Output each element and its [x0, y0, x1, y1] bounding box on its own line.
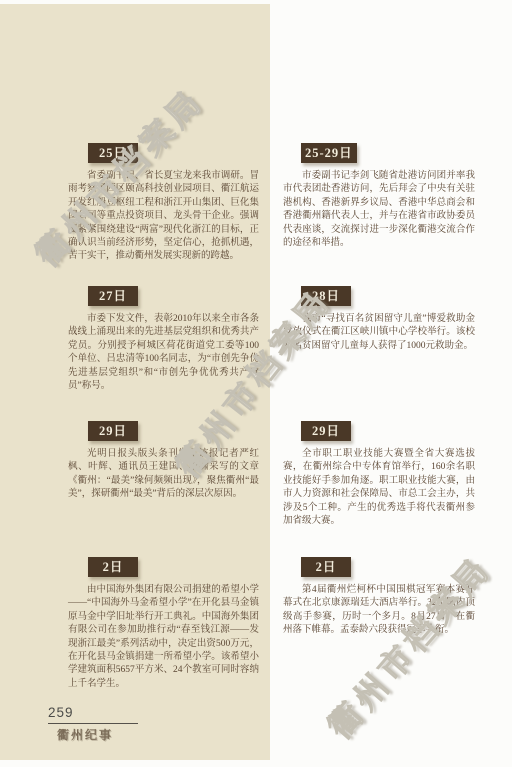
entry-text: 由中国海外集团有限公司捐建的希望小学——“中国海外马金希望小学”在开化县马金镇原… — [68, 584, 259, 691]
entry-left-27: 27日 市委下发文件，表彰2010年以来全市各条战线上涌现出来的先进基层党组织和… — [68, 286, 259, 393]
date-badge: 29日 — [301, 421, 351, 441]
entry-right-2: 2日 第4届衢州烂柯杯中国围棋冠军赛本赛开幕式在北京康源瑞廷大酒店举行。32位国… — [283, 557, 475, 638]
date-badge: 27日 — [88, 286, 138, 306]
book-title: 衢州纪事 — [57, 726, 113, 743]
entry-right-29: 29日 全市职工职业技能大赛暨全省大赛选拔赛，在衢州综合中专体育馆举行，160余… — [283, 421, 475, 528]
date-badge: 28日 — [301, 286, 351, 306]
entry-text: 光明日报头版头条刊发了该报记者严红枫、叶辉、通讯员王建国、李啸采写的文章《衢州：… — [68, 448, 259, 502]
entry-text: 我市“寻找百名贫困留守儿童”博爱救助金发放仪式在衢江区峡川镇中心学校举行。该校2… — [283, 313, 475, 353]
date-badge: 29日 — [88, 421, 138, 441]
date-badge: 2日 — [301, 557, 351, 577]
footer-rule — [48, 723, 138, 724]
date-badge: 25-29日 — [301, 143, 357, 163]
date-badge: 2日 — [88, 557, 138, 577]
entry-text: 市委副书记李剑飞随省赴港访问团并率我市代表团赴香港访问，先后拜会了中央有关驻港机… — [283, 170, 475, 250]
entry-left-2: 2日 由中国海外集团有限公司捐建的希望小学——“中国海外马金希望小学”在开化县马… — [68, 557, 259, 691]
entry-text: 第4届衢州烂柯杯中国围棋冠军赛本赛开幕式在北京康源瑞廷大酒店举行。32位国内顶级… — [283, 584, 475, 638]
entry-left-25: 25日 省委副书记、省长夏宝龙来我市调研。冒雨考察了西区颐高科技创业园项目、衢江… — [68, 143, 259, 264]
entry-text: 市委下发文件，表彰2010年以来全市各条战线上涌现出来的先进基层党组织和优秀共产… — [68, 313, 259, 393]
page-number: 259 — [48, 705, 74, 720]
entry-right-25-29: 25-29日 市委副书记李剑飞随省赴港访问团并率我市代表团赴香港访问，先后拜会了… — [283, 143, 475, 250]
book-page: 衢州市档案局 衢州市档案局 衢州市档案局 25日 省委副书记、省长夏宝龙来我市调… — [0, 0, 512, 767]
date-badge: 25日 — [88, 143, 138, 163]
entry-right-28: 28日 我市“寻找百名贫困留守儿童”博爱救助金发放仪式在衢江区峡川镇中心学校举行… — [283, 286, 475, 353]
entry-text: 省委副书记、省长夏宝龙来我市调研。冒雨考察了西区颐高科技创业园项目、衢江航运开发… — [68, 170, 259, 264]
entry-left-29: 29日 光明日报头版头条刊发了该报记者严红枫、叶辉、通讯员王建国、李啸采写的文章… — [68, 421, 259, 502]
entry-text: 全市职工职业技能大赛暨全省大赛选拔赛，在衢州综合中专体育馆举行，160余名职业技… — [283, 448, 475, 528]
